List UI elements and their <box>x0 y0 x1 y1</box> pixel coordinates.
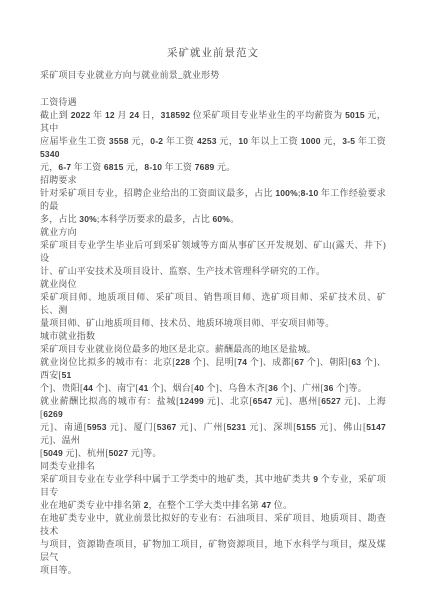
section-city-index: 城市就业指数 采矿项目专业就业岗位最多的地区是北京。薪酬最高的地区是盐城。 就业… <box>40 330 386 460</box>
paragraph-line: 采矿项目师、地质项目师、采矿项目、销售项目师、选矿项目师、采矿技术员、矿长、测 <box>40 291 386 317</box>
document-subtitle: 采矿项目专业就业方向与就业前景_就业形势 <box>40 69 386 82</box>
section-direction: 就业方向 采矿项目专业学生毕业后可到采矿领域等方面从事矿区开发规划、矿山(露天、… <box>40 226 386 278</box>
paragraph-line: 量项目师、矿山地质项目师、技术员、地质环境项目师、平安项目师等。 <box>40 317 386 330</box>
paragraph-line: 就业岗位比拟多的城市有：北京[228 个]、昆明[74 个]、成都[67 个]、… <box>40 356 386 382</box>
section-heading: 就业方向 <box>40 226 386 239</box>
section-heading: 同类专业排名 <box>40 460 386 473</box>
paragraph-line: [5049 元]、杭州[5027 元]等。 <box>40 447 386 460</box>
paragraph-line: 项目等。 <box>40 564 386 577</box>
section-positions: 就业岗位 采矿项目师、地质项目师、采矿项目、销售项目师、选矿项目师、采矿技术员、… <box>40 278 386 330</box>
paragraph-line: 采矿项目专业学生毕业后可到采矿领域等方面从事矿区开发规划、矿山(露天、井下)设 <box>40 239 386 265</box>
document-body: 工资待遇 截止到 2022 年 12 月 24 日，318592 位采矿项目专业… <box>40 96 386 577</box>
paragraph-line: 采矿项目专业在专业学科中属于工学类中的地矿类，其中地矿类共 9 个专业，采矿项目… <box>40 473 386 499</box>
section-heading: 就业岗位 <box>40 278 386 291</box>
paragraph-line: 与项目，资源勘查项目，矿物加工项目，矿物资源项目，地下水科学与项目，煤及煤层气 <box>40 538 386 564</box>
paragraph-line: 在地矿类专业中，就业前景比拟好的专业有：石油项目、采矿项目、地质项目、勘查技术 <box>40 512 386 538</box>
paragraph-line: 元]、南通[5953 元]、厦门[5367 元]、广州[5231 元]、深圳[5… <box>40 421 386 447</box>
paragraph-line: 计、矿山平安技术及项目设计、监察、生产技术管理科学研究的工作。 <box>40 265 386 278</box>
paragraph-line: 应届毕业生工资 3558 元，0-2 年工资 4253 元，10 年以上工资 1… <box>40 135 386 161</box>
section-heading: 工资待遇 <box>40 96 386 109</box>
section-ranking: 同类专业排名 采矿项目专业在专业学科中属于工学类中的地矿类，其中地矿类共 9 个… <box>40 460 386 577</box>
section-heading: 城市就业指数 <box>40 330 386 343</box>
section-heading: 招聘要求 <box>40 174 386 187</box>
paragraph-line: 截止到 2022 年 12 月 24 日，318592 位采矿项目专业毕业生的平… <box>40 109 386 135</box>
document-title: 采矿就业前景范文 <box>40 47 386 60</box>
paragraph-line: 就业薪酬比拟高的城市有：盐城[12499 元]、北京[6547 元]、惠州[65… <box>40 395 386 421</box>
paragraph-line: 业在地矿类专业中排名第 2，在整个工学大类中排名第 47 位。 <box>40 499 386 512</box>
section-recruitment: 招聘要求 针对采矿项目专业，招聘企业给出的工资面议最多，占比 100%;8-10… <box>40 174 386 226</box>
document-page: 采矿就业前景范文 采矿项目专业就业方向与就业前景_就业形势 工资待遇 截止到 2… <box>0 0 424 600</box>
paragraph-line: 多，占比 30%;本科学历要求的最多，占比 60%。 <box>40 213 386 226</box>
section-salary: 工资待遇 截止到 2022 年 12 月 24 日，318592 位采矿项目专业… <box>40 96 386 174</box>
paragraph-line: 元，6-7 年工资 6815 元，8-10 年工资 7689 元。 <box>40 161 386 174</box>
paragraph-line: 采矿项目专业就业岗位最多的地区是北京。薪酬最高的地区是盐城。 <box>40 343 386 356</box>
paragraph-line: 针对采矿项目专业，招聘企业给出的工资面议最多，占比 100%;8-10 年工作经… <box>40 187 386 213</box>
paragraph-line: 个]、贵阳[44 个]、南宁[41 个]、烟台[40 个]、乌鲁木齐[36 个]… <box>40 382 386 395</box>
